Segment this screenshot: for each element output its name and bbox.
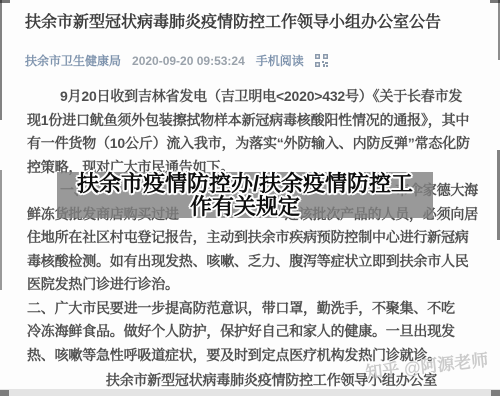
paragraph1-line: 有一件货物（10公斤）流入我市，为落实“外防输入、内防反弹”常态化防 [27, 132, 478, 156]
photo-bottom-strip [0, 389, 500, 396]
article-page: 扶余市新型冠状病毒肺炎疫情防控工作领导小组办公室公告 扶余市卫生健康局 2020… [0, 0, 500, 396]
overlay-title-line: 扶余市疫情防控办/扶余疫情防控工 [77, 172, 413, 195]
page-title: 扶余市新型冠状病毒肺炎疫情防控工作领导小组办公室公告 [25, 9, 485, 32]
source-name: 扶余市卫生健康局 [25, 52, 121, 69]
photo-edge-artifact [0, 170, 2, 290]
paragraph1-line: 现1份进口鱿鱼须外包装擦拭物样本新冠病毒核酸阳性情况的通报》，其中 [27, 109, 478, 133]
photo-edge-artifact [491, 390, 500, 396]
photo-edge-artifact [0, 0, 10, 3]
paragraph3-line: 冷冻海鲜食品。做好个人防护，保护好自己和家人的健康。一旦出现发 [27, 320, 478, 344]
paragraph2-line: 毒核酸检测。如有出现发热、咳嗽、乏力、腹泻等症状立即到扶余市人民 [27, 250, 478, 274]
qr-code-icon[interactable] [315, 54, 328, 67]
photo-edge-artifact [0, 0, 2, 120]
paragraph2-line: 医院发热门诊进行诊治。 [27, 273, 478, 297]
photo-edge-artifact [490, 0, 500, 3]
byline: 扶余市卫生健康局 2020-09-20 09:53:24 手机阅读 [25, 52, 328, 69]
overlay-title-line: 作有关规定 [190, 195, 300, 218]
paragraph1-line: 9月20日收到吉林省发电（吉卫明电<2020>432号）《关于长春市发 [27, 85, 478, 109]
mobile-read-link[interactable]: 手机阅读 [256, 52, 304, 69]
paragraph3-line: 二、广大市民要进一步提高防范意识，带口罩，勤洗手，不聚集、不吃 [27, 297, 478, 321]
paragraph2-line: 住地所在社区村屯登记报告，主动到扶余市疾病预防控制中心进行新冠病 [27, 226, 478, 250]
publish-timestamp: 2020-09-20 09:53:24 [132, 54, 245, 68]
photo-edge-artifact [0, 390, 9, 396]
article-body: 9月20日收到吉林省发电（吉卫明电<2020>432号）《关于长春市发 现1份进… [27, 85, 478, 393]
video-title-overlay: 扶余市疫情防控办/扶余疫情防控工 作有关规定 [57, 172, 433, 218]
